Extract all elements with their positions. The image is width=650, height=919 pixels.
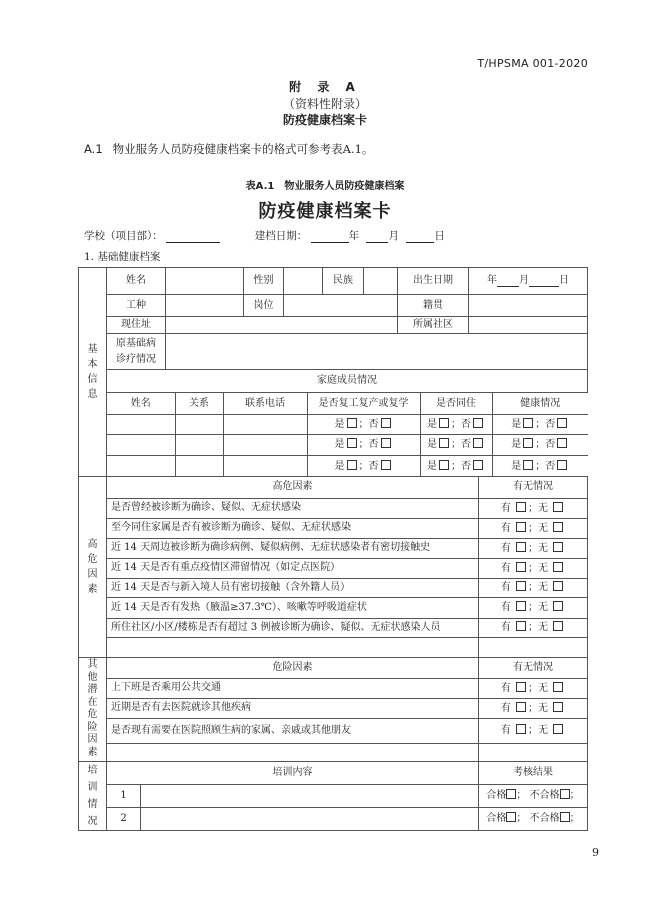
family-row: 是；否 是；否 是；否: [107, 434, 588, 455]
clause-a1: A.1物业服务人员防疫健康档案卡的格式可参考表A.1。: [84, 141, 373, 157]
name-field[interactable]: [166, 268, 244, 295]
appendix-name: 防疫健康档案卡: [0, 111, 650, 128]
family-header-return-work: 是否复工复产或复学: [307, 393, 420, 414]
clause-number: A.1: [84, 142, 103, 156]
family-table-container: 姓名 关系 联系电话 是否复工复产或复学 是否同住 健康情况 是；否 是；否 是…: [107, 393, 588, 477]
name-label: 姓名: [107, 268, 166, 295]
month-label: 月: [388, 230, 399, 242]
yes-checkbox[interactable]: [439, 460, 449, 470]
return-work-choice[interactable]: 是；否: [307, 434, 420, 455]
no-checkbox[interactable]: [381, 418, 391, 428]
high-risk-row: 近 14 天是否有发热（腋温≥37.3℃）、咳嗽等呼吸道症状 有 ；无: [79, 597, 588, 618]
has-checkbox[interactable]: [516, 682, 526, 692]
other-risk-row: 是否现有需要在医院照顾生病的家属、亲戚或其他朋友 有 ；无: [79, 718, 588, 743]
blank-factor-field[interactable]: [107, 637, 479, 657]
other-risk-item: 是否现有需要在医院照顾生病的家属、亲戚或其他朋友: [107, 718, 479, 743]
school-field[interactable]: [166, 231, 220, 243]
birth-date-label: 出生日期: [398, 268, 469, 295]
family-header-cohabit: 是否同住: [420, 393, 492, 414]
day-label: 日: [434, 230, 445, 242]
medical-history-label: 原基础病诊疗情况: [107, 334, 166, 370]
family-name-field[interactable]: [107, 434, 175, 455]
section-basic-title: 1. 基础健康档案: [84, 249, 160, 264]
fail-checkbox[interactable]: [560, 812, 570, 822]
high-risk-blank-row: [79, 637, 588, 657]
family-header-name: 姓名: [107, 393, 175, 414]
has-none-choice[interactable]: 有 ；无: [479, 597, 588, 618]
job-type-field[interactable]: [166, 295, 244, 317]
family-members-title: 家庭成员情况: [107, 370, 588, 393]
family-relation-field[interactable]: [175, 455, 223, 476]
health-choice[interactable]: 是；否: [492, 434, 588, 455]
address-label: 现住址: [107, 317, 166, 334]
has-none-choice[interactable]: 有 ；无: [479, 518, 588, 538]
high-risk-row: 近 14 天是否与新入境人员有密切接触（含外籍人员） 有 ；无: [79, 578, 588, 597]
yes-checkbox[interactable]: [347, 438, 357, 448]
none-checkbox[interactable]: [553, 601, 563, 611]
no-checkbox[interactable]: [473, 418, 483, 428]
has-checkbox[interactable]: [516, 621, 526, 631]
other-risk-section-label: 其他潜在危险因素: [79, 657, 107, 761]
school-label: 学校（项目部）：: [84, 230, 163, 242]
none-checkbox[interactable]: [553, 502, 563, 512]
return-work-choice[interactable]: 是；否: [307, 414, 420, 434]
date-label: 建档日期：: [255, 230, 308, 242]
training-row: 2 合格； 不合格；: [79, 807, 588, 830]
none-checkbox[interactable]: [553, 562, 563, 572]
cohabit-choice[interactable]: 是；否: [420, 455, 492, 476]
ethnicity-label: 民族: [323, 268, 364, 295]
high-risk-item: 近 14 天周边被诊断为确诊病例、疑似病例、无症状感染者有密切接触史: [107, 538, 479, 558]
basic-info-table: 基本信息 姓名 性别 民族 出生日期 年月日 工种 岗位 籍贯 现住址 所属社区: [78, 267, 588, 477]
yes-checkbox[interactable]: [439, 418, 449, 428]
high-risk-row: 近 14 天是否有重点疫情区滞留情况（如定点医院） 有 ；无: [79, 558, 588, 578]
high-risk-item: 至今同住家属是否有被诊断为确诊、疑似、无症状感染: [107, 518, 479, 538]
family-row: 是；否 是；否 是；否: [107, 414, 588, 434]
high-risk-header-factor: 高危因素: [107, 476, 479, 498]
other-risk-header-factor: 危险因素: [107, 657, 479, 678]
family-header-phone: 联系电话: [223, 393, 307, 414]
clause-text: 物业服务人员防疫健康档案卡的格式可参考表A.1。: [113, 142, 374, 156]
has-none-choice[interactable]: 有 ；无: [479, 698, 588, 718]
address-field[interactable]: [166, 317, 398, 334]
appendix-title: 附 录 A: [0, 78, 650, 95]
has-checkbox[interactable]: [516, 542, 526, 552]
pass-checkbox[interactable]: [506, 789, 516, 799]
other-risk-row: 近期是否有去医院就诊其他疾病 有 ；无: [79, 698, 588, 718]
no-checkbox[interactable]: [381, 460, 391, 470]
year-field[interactable]: [311, 231, 349, 243]
training-content-field[interactable]: [141, 807, 479, 830]
no-checkbox[interactable]: [381, 438, 391, 448]
family-header-relation: 关系: [175, 393, 223, 414]
high-risk-item: 所住社区/小区/楼栋是否有超过 3 例被诊断为确诊、疑似、无症状感染人员: [107, 618, 479, 637]
cohabit-choice[interactable]: 是；否: [420, 434, 492, 455]
high-risk-row: 所住社区/小区/楼栋是否有超过 3 例被诊断为确诊、疑似、无症状感染人员 有 ；…: [79, 618, 588, 637]
none-checkbox[interactable]: [553, 542, 563, 552]
blank-factor-field[interactable]: [107, 743, 479, 761]
family-phone-field[interactable]: [223, 455, 307, 476]
other-risk-item: 近期是否有去医院就诊其他疾病: [107, 698, 479, 718]
high-risk-header-status: 有无情况: [479, 476, 588, 498]
job-type-label: 工种: [107, 295, 166, 317]
has-checkbox[interactable]: [516, 562, 526, 572]
family-phone-field[interactable]: [223, 434, 307, 455]
none-checkbox[interactable]: [553, 581, 563, 591]
has-none-choice[interactable]: 有 ；无: [479, 498, 588, 518]
yes-checkbox[interactable]: [523, 460, 533, 470]
ethnicity-field[interactable]: [364, 268, 398, 295]
yes-checkbox[interactable]: [347, 460, 357, 470]
no-checkbox[interactable]: [557, 418, 567, 428]
yes-checkbox[interactable]: [347, 418, 357, 428]
family-phone-field[interactable]: [223, 414, 307, 434]
has-none-choice[interactable]: 有 ；无: [479, 538, 588, 558]
other-risk-blank-row: [79, 743, 588, 761]
table-caption: 表A.1 物业服务人员防疫健康档案: [0, 177, 650, 192]
cohabit-choice[interactable]: 是；否: [420, 414, 492, 434]
no-checkbox[interactable]: [473, 460, 483, 470]
high-risk-section-label: 高危因素: [79, 476, 107, 657]
health-record-table: 基本信息 姓名 性别 民族 出生日期 年月日 工种 岗位 籍贯 现住址 所属社区: [78, 267, 587, 831]
none-checkbox[interactable]: [553, 702, 563, 712]
none-checkbox[interactable]: [553, 724, 563, 734]
other-risk-table: 其他潜在危险因素 危险因素 有无情况 上下班是否乘用公共交通 有 ；无 近期是否…: [78, 657, 588, 762]
yes-checkbox[interactable]: [523, 418, 533, 428]
high-risk-row: 至今同住家属是否有被诊断为确诊、疑似、无症状感染 有 ；无: [79, 518, 588, 538]
community-label: 所属社区: [398, 317, 469, 334]
pass-fail-choice[interactable]: 合格； 不合格；: [479, 807, 588, 830]
has-none-choice[interactable]: 有 ；无: [479, 578, 588, 597]
has-checkbox[interactable]: [516, 601, 526, 611]
family-row: 是；否 是；否 是；否: [107, 455, 588, 476]
position-label: 岗位: [244, 295, 284, 317]
high-risk-table: 高危因素 高危因素 有无情况 是否曾经被诊断为确诊、疑似、无症状感染 有 ；无 …: [78, 476, 588, 658]
basic-info-section-label: 基本信息: [79, 268, 107, 477]
training-table: 培训情况 培训内容 考核结果 1 合格； 不合格； 2 合格； 不合格；: [78, 761, 588, 831]
high-risk-item: 近 14 天是否与新入境人员有密切接触（含外籍人员）: [107, 578, 479, 597]
position-field[interactable]: [284, 295, 398, 317]
has-checkbox[interactable]: [516, 502, 526, 512]
training-header-content: 培训内容: [107, 761, 479, 784]
page-number: 9: [592, 846, 599, 859]
family-relation-field[interactable]: [175, 434, 223, 455]
pass-checkbox[interactable]: [506, 812, 516, 822]
other-risk-row: 上下班是否乘用公共交通 有 ；无: [79, 678, 588, 698]
training-row: 1 合格； 不合格；: [79, 784, 588, 807]
gender-field[interactable]: [284, 268, 323, 295]
training-header-result: 考核结果: [479, 761, 588, 784]
none-checkbox[interactable]: [553, 682, 563, 692]
none-checkbox[interactable]: [553, 522, 563, 532]
no-checkbox[interactable]: [473, 438, 483, 448]
training-section-label: 培训情况: [79, 761, 107, 830]
year-label: 年: [349, 230, 360, 242]
gender-label: 性别: [244, 268, 284, 295]
health-choice[interactable]: 是；否: [492, 414, 588, 434]
blank-status-field[interactable]: [479, 743, 588, 761]
no-checkbox[interactable]: [557, 460, 567, 470]
has-checkbox[interactable]: [516, 522, 526, 532]
family-name-field[interactable]: [107, 455, 175, 476]
day-field[interactable]: [406, 231, 434, 243]
has-none-choice[interactable]: 有 ；无: [479, 558, 588, 578]
training-index: 2: [107, 807, 141, 830]
has-checkbox[interactable]: [516, 581, 526, 591]
return-work-choice[interactable]: 是；否: [307, 455, 420, 476]
has-checkbox[interactable]: [516, 724, 526, 734]
card-title: 防疫健康档案卡: [0, 197, 650, 223]
family-members-table: 姓名 关系 联系电话 是否复工复产或复学 是否同住 健康情况 是；否 是；否 是…: [107, 393, 588, 476]
medical-history-field[interactable]: [166, 334, 588, 370]
family-relation-field[interactable]: [175, 414, 223, 434]
other-risk-header-status: 有无情况: [479, 657, 588, 678]
community-field[interactable]: [469, 317, 588, 334]
high-risk-item: 是否曾经被诊断为确诊、疑似、无症状感染: [107, 498, 479, 518]
health-choice[interactable]: 是；否: [492, 455, 588, 476]
none-checkbox[interactable]: [553, 621, 563, 631]
has-none-choice[interactable]: 有 ；无: [479, 618, 588, 637]
pass-fail-choice[interactable]: 合格； 不合格；: [479, 784, 588, 807]
family-name-field[interactable]: [107, 414, 175, 434]
high-risk-row: 是否曾经被诊断为确诊、疑似、无症状感染 有 ；无: [79, 498, 588, 518]
month-field[interactable]: [366, 231, 388, 243]
native-place-field[interactable]: [469, 295, 588, 317]
high-risk-item: 近 14 天是否有发热（腋温≥37.3℃）、咳嗽等呼吸道症状: [107, 597, 479, 618]
birth-date-field[interactable]: 年月日: [469, 268, 588, 295]
fail-checkbox[interactable]: [560, 789, 570, 799]
blank-status-field[interactable]: [479, 637, 588, 657]
has-checkbox[interactable]: [516, 702, 526, 712]
family-header-health: 健康情况: [492, 393, 588, 414]
document-number: T/HPSMA 001-2020: [477, 57, 588, 70]
high-risk-item: 近 14 天是否有重点疫情区滞留情况（如定点医院）: [107, 558, 479, 578]
card-meta: 学校（项目部）： 建档日期： 年 月 日: [84, 228, 604, 243]
other-risk-item: 上下班是否乘用公共交通: [107, 678, 479, 698]
yes-checkbox[interactable]: [523, 438, 533, 448]
appendix-type: （资料性附录）: [0, 95, 650, 112]
training-content-field[interactable]: [141, 784, 479, 807]
high-risk-row: 近 14 天周边被诊断为确诊病例、疑似病例、无症状感染者有密切接触史 有 ；无: [79, 538, 588, 558]
yes-checkbox[interactable]: [439, 438, 449, 448]
native-place-label: 籍贯: [398, 295, 469, 317]
has-none-choice[interactable]: 有 ；无: [479, 678, 588, 698]
no-checkbox[interactable]: [557, 438, 567, 448]
has-none-choice[interactable]: 有 ；无: [479, 718, 588, 743]
training-index: 1: [107, 784, 141, 807]
